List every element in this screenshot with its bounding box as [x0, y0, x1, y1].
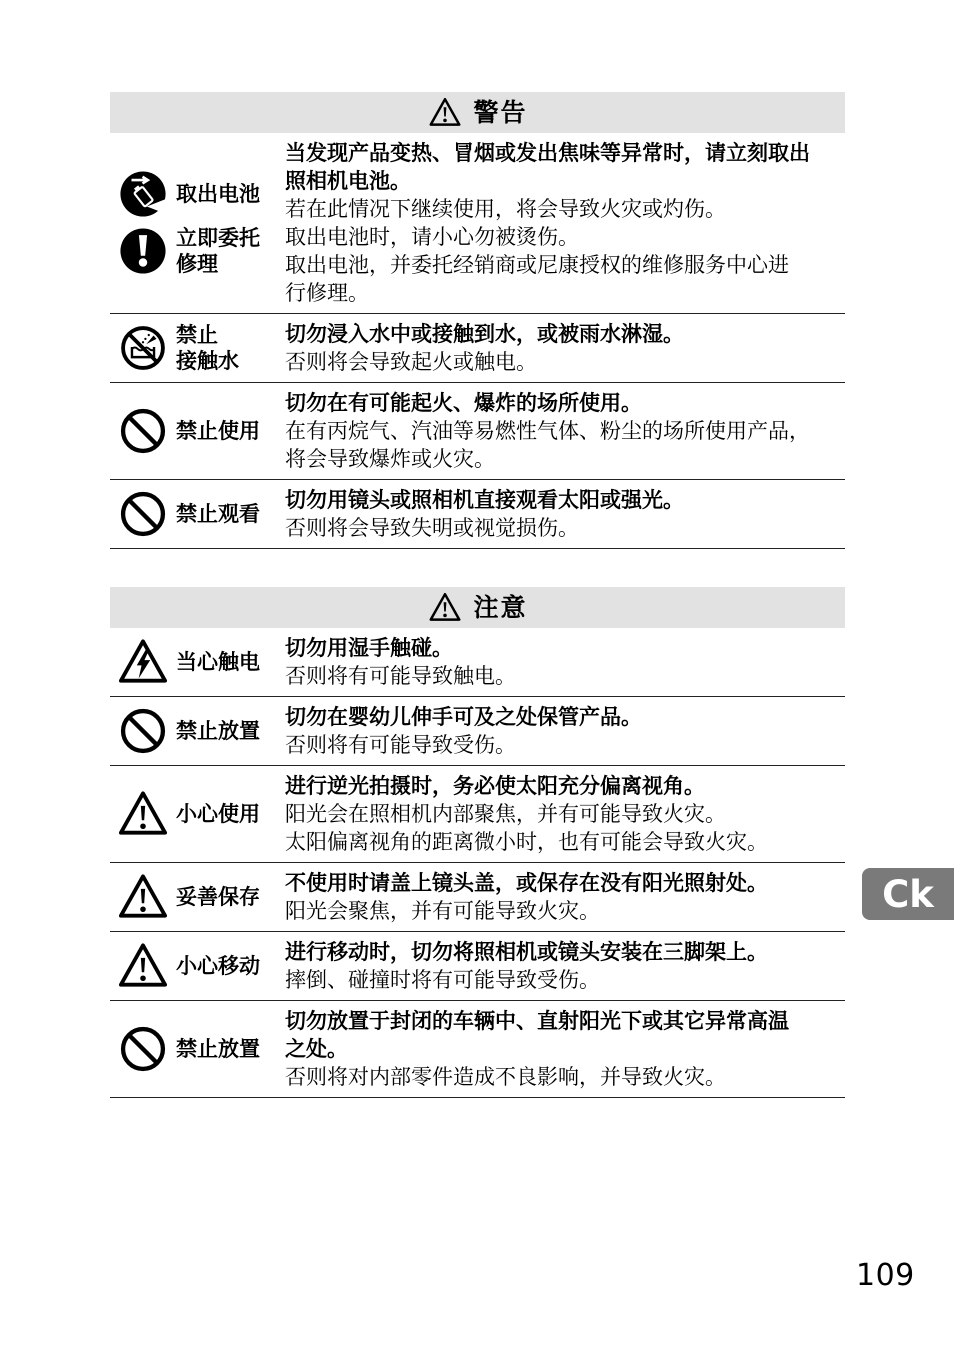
- battery-remove-icon: [110, 170, 176, 218]
- prohibited-icon: [110, 407, 176, 455]
- icon-label-column: 禁止放置: [110, 1025, 285, 1073]
- safety-row: 禁止接触水切勿浸入水中或接触到水，或被雨水淋湿。否则将会导致起火或触电。: [110, 314, 845, 383]
- safety-label-line: 小心移动: [176, 953, 260, 979]
- icon-label-group: 禁止接触水: [110, 322, 285, 374]
- icon-label-group: 禁止放置: [110, 1025, 285, 1073]
- safety-label: 取出电池: [176, 181, 260, 207]
- safety-text: 切勿在有可能起火、爆炸的场所使用。在有丙烷气、汽油等易燃性气体、粉尘的场所使用产…: [285, 389, 845, 473]
- safety-label-line: 接触水: [176, 348, 239, 374]
- safety-text-line: 否则将有可能导致受伤。: [285, 731, 843, 759]
- icon-label-column: 小心移动: [110, 942, 285, 990]
- safety-text-line: 进行逆光拍摄时，务必使太阳充分偏离视角。: [285, 772, 843, 800]
- safety-text-line: 摔倒、碰撞时将有可能导致受伤。: [285, 966, 843, 994]
- section-title: 警告: [473, 100, 527, 125]
- safety-row: 妥善保存不使用时请盖上镜头盖，或保存在没有阳光照射处。阳光会聚焦，并有可能导致火…: [110, 863, 845, 932]
- safety-text: 切勿用镜头或照相机直接观看太阳或强光。否则将会导致失明或视觉损伤。: [285, 486, 845, 542]
- safety-text-line: 阳光会聚焦，并有可能导致火灾。: [285, 897, 843, 925]
- safety-label: 立即委托修理: [176, 225, 260, 277]
- safety-row: 小心移动进行移动时，切勿将照相机或镜头安装在三脚架上。摔倒、碰撞时将有可能导致受…: [110, 932, 845, 1001]
- safety-text-line: 取出电池，并委托经销商或尼康授权的维修服务中心进: [285, 251, 843, 279]
- icon-label-group: 取出电池: [110, 170, 285, 218]
- page-number: 109: [856, 1258, 915, 1294]
- prohibited-icon: [110, 707, 176, 755]
- safety-label-line: 禁止放置: [176, 1036, 260, 1062]
- language-tab-ck: Ck: [862, 868, 954, 920]
- safety-label: 小心使用: [176, 801, 260, 827]
- icon-label-group: 妥善保存: [110, 873, 285, 921]
- icon-label-group: 禁止使用: [110, 407, 285, 455]
- safety-text-line: 切勿在婴幼儿伸手可及之处保管产品。: [285, 703, 843, 731]
- safety-text-line: 行修理。: [285, 279, 843, 307]
- icon-label-group: 禁止放置: [110, 707, 285, 755]
- icon-label-column: 禁止观看: [110, 490, 285, 538]
- sections: 警告 取出电池立即委托修理当发现产品变热、冒烟或发出焦味等异常时，请立刻取出照相…: [110, 92, 845, 1098]
- section-header: 警告: [110, 92, 845, 133]
- safety-row: 禁止放置切勿放置于封闭的车辆中、直射阳光下或其它异常高温之处。否则将对内部零件造…: [110, 1001, 845, 1098]
- safety-text: 不使用时请盖上镜头盖，或保存在没有阳光照射处。阳光会聚焦，并有可能导致火灾。: [285, 869, 845, 925]
- safety-label-line: 小心使用: [176, 801, 260, 827]
- safety-label: 禁止放置: [176, 1036, 260, 1062]
- safety-text-line: 太阳偏离视角的距离微小时，也有可能会导致火灾。: [285, 828, 843, 856]
- icon-label-column: 禁止接触水: [110, 322, 285, 374]
- safety-text-line: 切勿用镜头或照相机直接观看太阳或强光。: [285, 486, 843, 514]
- icon-label-group: 立即委托修理: [110, 225, 285, 277]
- safety-label-line: 禁止使用: [176, 418, 260, 444]
- safety-text: 切勿在婴幼儿伸手可及之处保管产品。否则将有可能导致受伤。: [285, 703, 845, 759]
- safety-label-line: 禁止: [176, 322, 239, 348]
- icon-label-column: 禁止使用: [110, 407, 285, 455]
- safety-label: 当心触电: [176, 649, 260, 675]
- no-water-contact-icon: [110, 324, 176, 372]
- safety-label-line: 立即委托: [176, 225, 260, 251]
- prohibited-icon: [110, 1025, 176, 1073]
- safety-text-line: 否则将会导致起火或触电。: [285, 348, 843, 376]
- safety-label: 妥善保存: [176, 884, 260, 910]
- safety-label-line: 修理: [176, 251, 260, 277]
- safety-text-line: 当发现产品变热、冒烟或发出焦味等异常时，请立刻取出: [285, 139, 843, 167]
- safety-row: 当心触电切勿用湿手触碰。否则将有可能导致触电。: [110, 628, 845, 697]
- safety-text: 切勿放置于封闭的车辆中、直射阳光下或其它异常高温之处。否则将对内部零件造成不良影…: [285, 1007, 845, 1091]
- safety-row: 禁止观看切勿用镜头或照相机直接观看太阳或强光。否则将会导致失明或视觉损伤。: [110, 480, 845, 549]
- icon-label-group: 禁止观看: [110, 490, 285, 538]
- safety-text-line: 切勿用湿手触碰。: [285, 634, 843, 662]
- mandatory-action-icon: [110, 227, 176, 275]
- safety-label-line: 妥善保存: [176, 884, 260, 910]
- safety-row: 禁止放置切勿在婴幼儿伸手可及之处保管产品。否则将有可能导致受伤。: [110, 697, 845, 766]
- section-rows: 取出电池立即委托修理当发现产品变热、冒烟或发出焦味等异常时，请立刻取出照相机电池…: [110, 133, 845, 549]
- safety-warnings-content: 警告 取出电池立即委托修理当发现产品变热、冒烟或发出焦味等异常时，请立刻取出照相…: [110, 92, 845, 1098]
- safety-text-line: 切勿放置于封闭的车辆中、直射阳光下或其它异常高温: [285, 1007, 843, 1035]
- icon-label-group: 小心使用: [110, 790, 285, 838]
- icon-label-group: 当心触电: [110, 638, 285, 686]
- safety-text-line: 若在此情况下继续使用，将会导致火灾或灼伤。: [285, 195, 843, 223]
- warning-section: 警告 取出电池立即委托修理当发现产品变热、冒烟或发出焦味等异常时，请立刻取出照相…: [110, 92, 845, 549]
- safety-label: 小心移动: [176, 953, 260, 979]
- icon-label-column: 妥善保存: [110, 873, 285, 921]
- safety-text: 进行逆光拍摄时，务必使太阳充分偏离视角。阳光会在照相机内部聚焦，并有可能导致火灾…: [285, 772, 845, 856]
- caution-triangle-icon: [110, 873, 176, 921]
- safety-label-line: 禁止观看: [176, 501, 260, 527]
- safety-label-line: 当心触电: [176, 649, 260, 675]
- safety-text-line: 在有丙烷气、汽油等易燃性气体、粉尘的场所使用产品，: [285, 417, 843, 445]
- safety-label: 禁止观看: [176, 501, 260, 527]
- safety-text-line: 照相机电池。: [285, 167, 843, 195]
- caution-section: 注意 当心触电切勿用湿手触碰。否则将有可能导致触电。禁止放置切勿在婴幼儿伸手可及…: [110, 587, 845, 1098]
- warning-triangle-icon: [427, 592, 463, 623]
- safety-text-line: 阳光会在照相机内部聚焦，并有可能导致火灾。: [285, 800, 843, 828]
- icon-label-group: 小心移动: [110, 942, 285, 990]
- safety-text-line: 否则将有可能导致触电。: [285, 662, 843, 690]
- safety-text-line: 进行移动时，切勿将照相机或镜头安装在三脚架上。: [285, 938, 843, 966]
- prohibited-icon: [110, 490, 176, 538]
- safety-text-line: 切勿浸入水中或接触到水，或被雨水淋湿。: [285, 320, 843, 348]
- safety-label: 禁止使用: [176, 418, 260, 444]
- safety-text-line: 否则将对内部零件造成不良影响，并导致火灾。: [285, 1063, 843, 1091]
- warning-triangle-icon: [427, 97, 463, 128]
- icon-label-column: 当心触电: [110, 638, 285, 686]
- safety-text: 切勿浸入水中或接触到水，或被雨水淋湿。否则将会导致起火或触电。: [285, 320, 845, 376]
- electric-shock-icon: [110, 638, 176, 686]
- icon-label-column: 小心使用: [110, 790, 285, 838]
- caution-triangle-icon: [110, 942, 176, 990]
- section-title: 注意: [473, 595, 527, 620]
- safety-label: 禁止放置: [176, 718, 260, 744]
- safety-text-line: 切勿在有可能起火、爆炸的场所使用。: [285, 389, 843, 417]
- safety-text-line: 否则将会导致失明或视觉损伤。: [285, 514, 843, 542]
- section-rows: 当心触电切勿用湿手触碰。否则将有可能导致触电。禁止放置切勿在婴幼儿伸手可及之处保…: [110, 628, 845, 1098]
- safety-text-line: 之处。: [285, 1035, 843, 1063]
- safety-label-line: 取出电池: [176, 181, 260, 207]
- safety-text-line: 将会导致爆炸或火灾。: [285, 445, 843, 473]
- safety-label: 禁止接触水: [176, 322, 239, 374]
- safety-text-line: 不使用时请盖上镜头盖，或保存在没有阳光照射处。: [285, 869, 843, 897]
- section-header: 注意: [110, 587, 845, 628]
- safety-row: 取出电池立即委托修理当发现产品变热、冒烟或发出焦味等异常时，请立刻取出照相机电池…: [110, 133, 845, 314]
- caution-triangle-icon: [110, 790, 176, 838]
- safety-row: 禁止使用切勿在有可能起火、爆炸的场所使用。在有丙烷气、汽油等易燃性气体、粉尘的场…: [110, 383, 845, 480]
- icon-label-column: 取出电池立即委托修理: [110, 170, 285, 277]
- safety-text: 当发现产品变热、冒烟或发出焦味等异常时，请立刻取出照相机电池。若在此情况下继续使…: [285, 139, 845, 307]
- safety-text: 进行移动时，切勿将照相机或镜头安装在三脚架上。摔倒、碰撞时将有可能导致受伤。: [285, 938, 845, 994]
- safety-label-line: 禁止放置: [176, 718, 260, 744]
- icon-label-column: 禁止放置: [110, 707, 285, 755]
- safety-row: 小心使用进行逆光拍摄时，务必使太阳充分偏离视角。阳光会在照相机内部聚焦，并有可能…: [110, 766, 845, 863]
- safety-text: 切勿用湿手触碰。否则将有可能导致触电。: [285, 634, 845, 690]
- manual-page: 警告 取出电池立即委托修理当发现产品变热、冒烟或发出焦味等异常时，请立刻取出照相…: [0, 0, 954, 1345]
- safety-text-line: 取出电池时，请小心勿被烫伤。: [285, 223, 843, 251]
